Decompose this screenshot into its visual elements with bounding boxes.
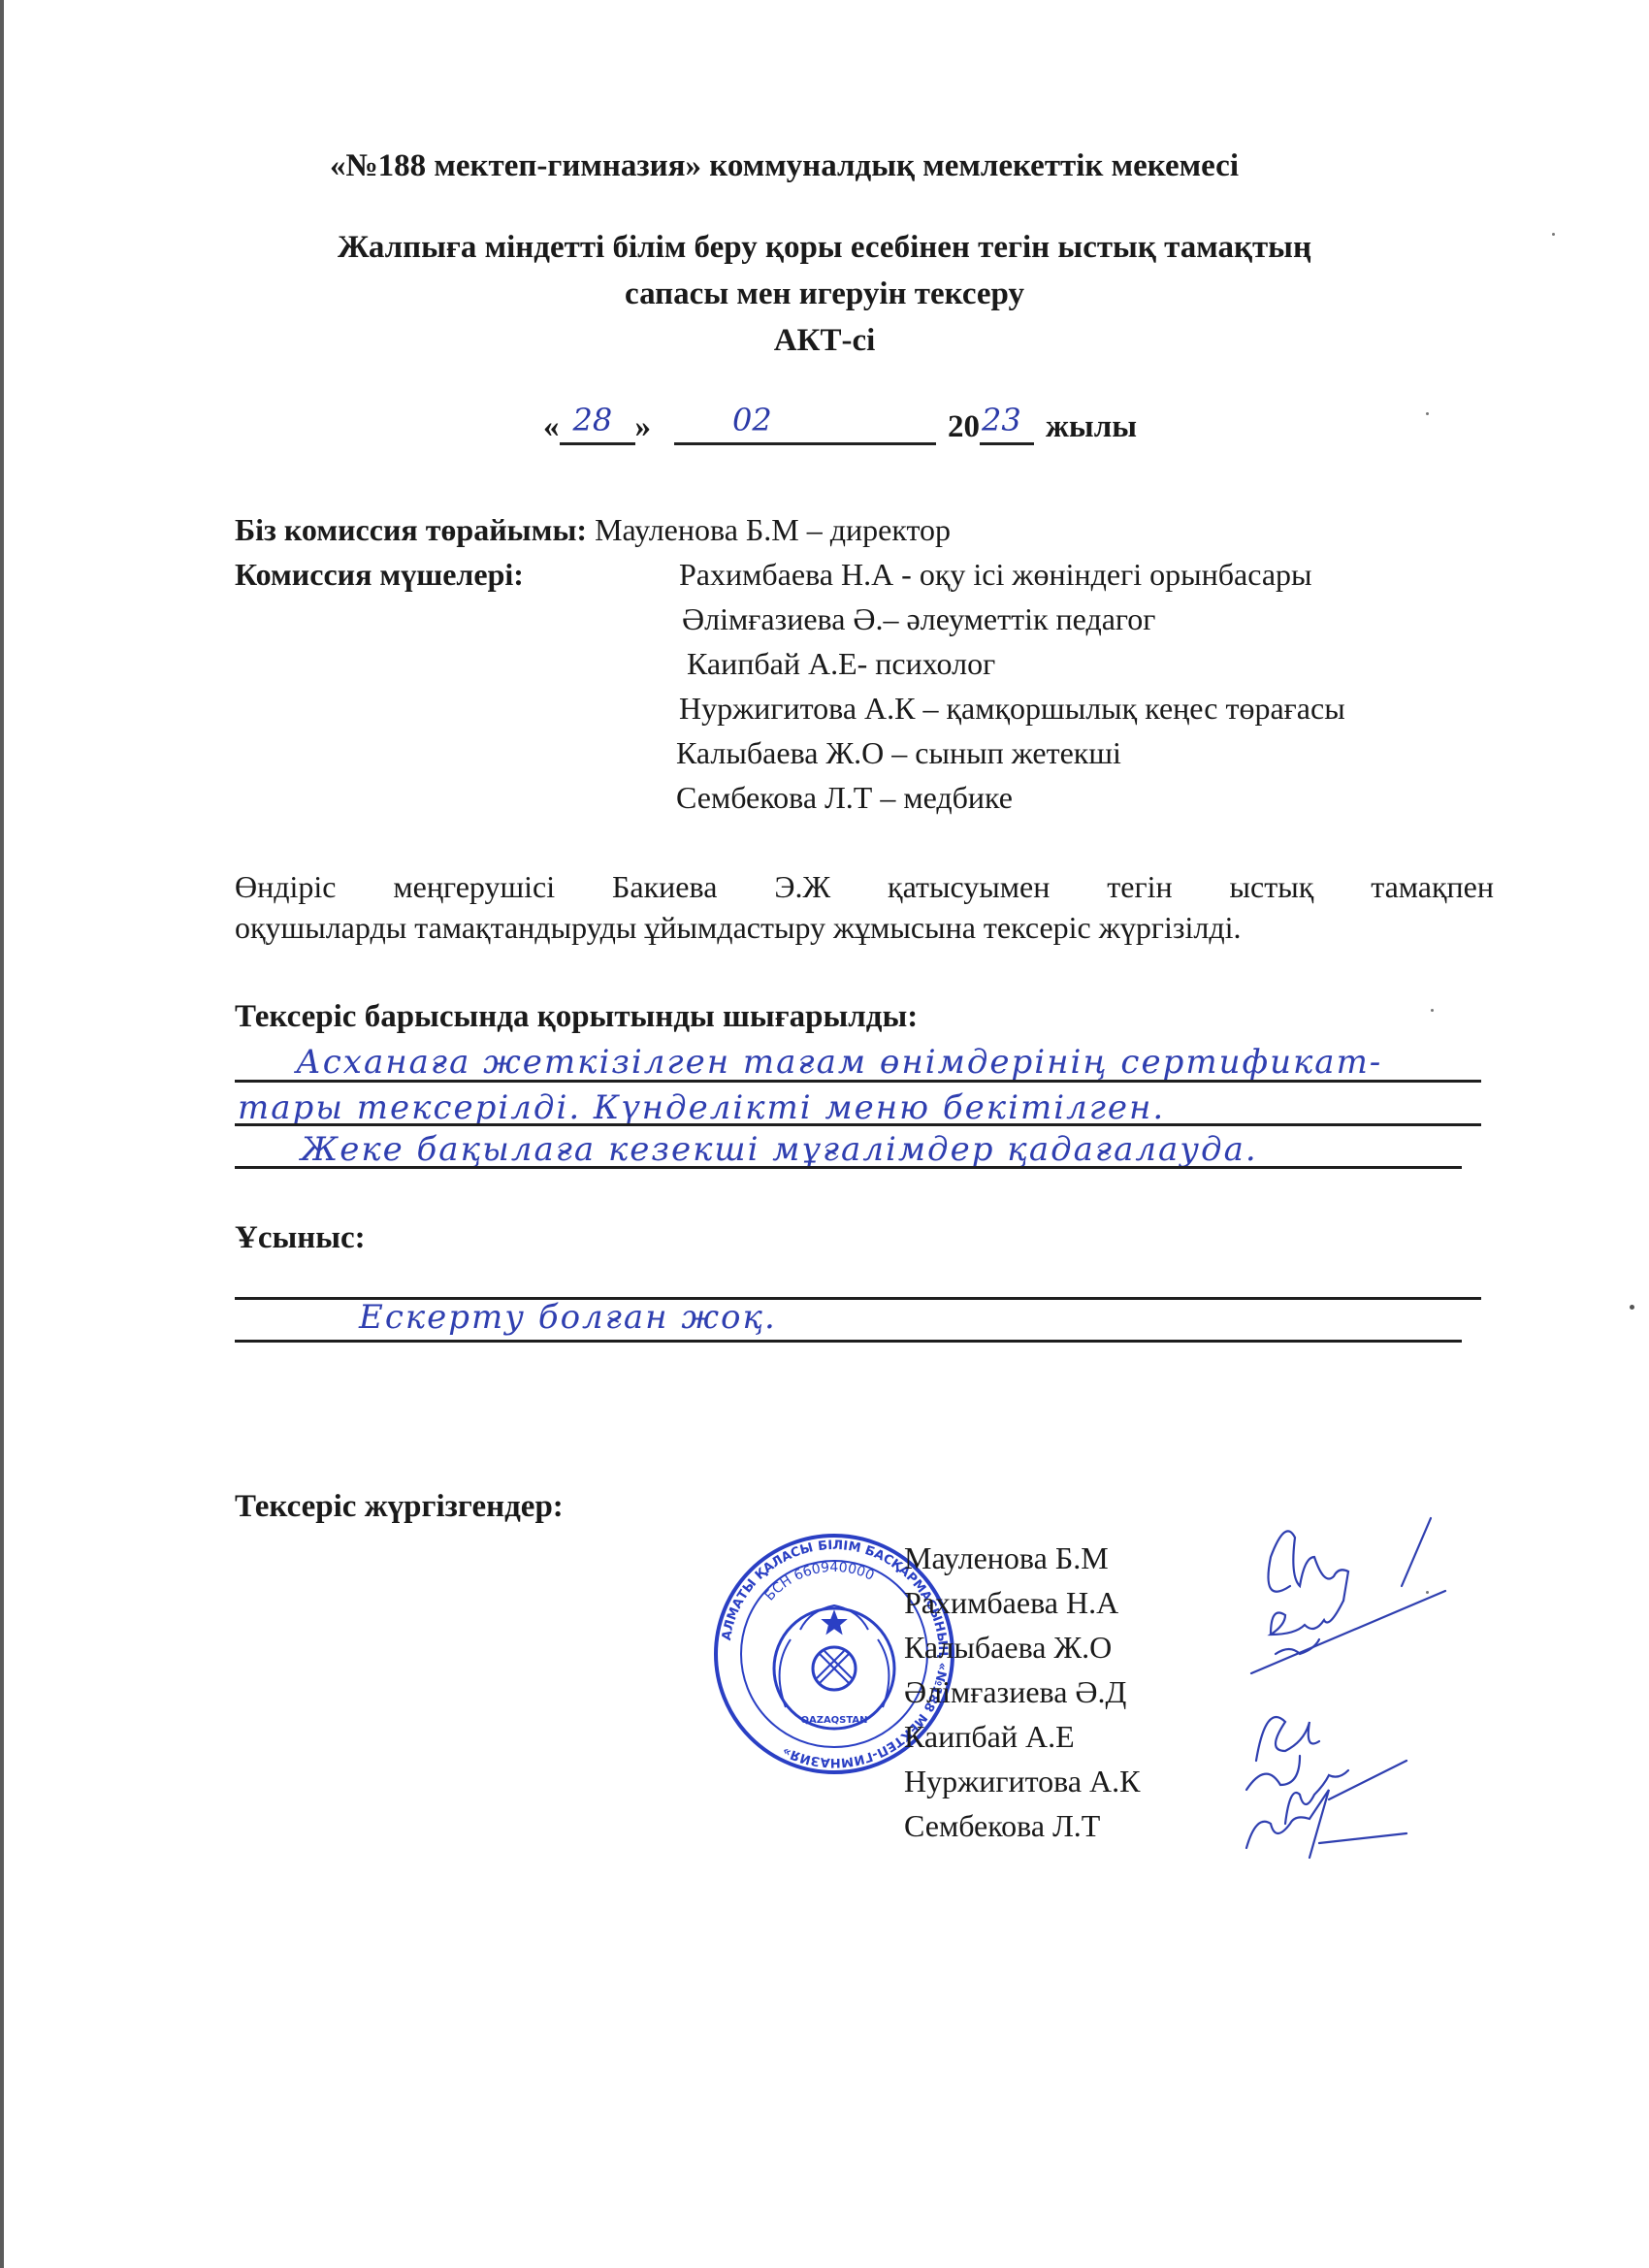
act-subtitle-line2: сапасы мен игеруін тексеру [0, 276, 1649, 312]
year-value: 23 [982, 402, 1021, 438]
conclusion-handwritten-line: тары тексерілді. Күнделікті меню бекітіл… [238, 1088, 1165, 1127]
day-value: 28 [573, 402, 613, 438]
intro-line2: оқушыларды тамақтандыруды ұйымдастыру жұ… [235, 910, 1242, 946]
scan-speck [1426, 1591, 1429, 1594]
intro-line1: Өндіріс меңгерушісі Бакиева Э.Ж қатысуым… [235, 863, 1494, 910]
inspector-name: Калыбаева Ж.О [904, 1630, 1112, 1666]
member-item: Әлімғазиева Ә.– әлеуметтік педагог [682, 601, 1155, 637]
member-item: Сембекова Л.Т – медбике [676, 780, 1013, 816]
date-row: « 28 » 02 20 23 жылы [543, 405, 1137, 445]
document-type: АКТ-сі [0, 323, 1649, 359]
inspector-name: Каипбай А.Е [904, 1719, 1075, 1755]
year-prefix: 20 [948, 409, 980, 445]
chair-value: Мауленова Б.М – директор [595, 512, 951, 547]
inspector-name: Рахимбаева Н.А [904, 1585, 1118, 1621]
members-label: Комиссия мүшелері: [235, 557, 524, 593]
svg-text:QAZAQSTAN: QAZAQSTAN [800, 1715, 867, 1726]
close-quote: » [635, 409, 652, 445]
underline [235, 1080, 1481, 1083]
member-item: Калыбаева Ж.О – сынып жетекші [676, 735, 1121, 771]
member-item: Рахимбаева Н.А - оқу ісі жөніндегі орынб… [679, 557, 1312, 593]
day-field: 28 [560, 405, 635, 445]
handwritten-signatures [1232, 1508, 1455, 1867]
scan-speck [1426, 412, 1429, 415]
conclusion-heading: Тексеріс барысында қорытынды шығарылды: [235, 999, 918, 1035]
inspector-name: Нуржигитова А.К [904, 1764, 1141, 1799]
recommendation-heading: Ұсыныс: [235, 1220, 366, 1256]
underline [235, 1340, 1462, 1343]
scan-speck [1431, 1009, 1434, 1012]
emblem-icon [774, 1605, 894, 1729]
inspector-name: Мауленова Б.М [904, 1540, 1109, 1576]
school-name: «№188 мектеп-гимназия» коммуналдық мемле… [330, 148, 1239, 184]
recommendation-handwritten-line: Ескерту болған жоқ. [359, 1298, 777, 1337]
month-value: 02 [732, 402, 772, 438]
month-field: 02 [674, 405, 936, 445]
act-subtitle-line1: Жалпыға міндетті білім беру қоры есебіне… [0, 230, 1649, 266]
underline [235, 1166, 1462, 1169]
open-quote: « [543, 409, 560, 445]
inspector-name: Сембекова Л.Т [904, 1808, 1100, 1844]
inspector-name: Әлімғазиева Ә.Д [904, 1674, 1126, 1710]
scan-speck [1552, 233, 1555, 236]
conclusion-handwritten-line: Асханаға жеткізілген тағам өнімдерінің с… [296, 1043, 1382, 1082]
chair-label: Біз комиссия төрайымы: [235, 512, 587, 547]
inspectors-heading: Тексеріс жүргізгендер: [235, 1489, 564, 1525]
member-item: Нуржигитова А.К – қамқоршылық кеңес төра… [679, 691, 1345, 727]
commission-chair: Біз комиссия төрайымы: Мауленова Б.М – д… [235, 512, 951, 548]
year-word: жылы [1046, 409, 1137, 445]
conclusion-handwritten-line: Жеке бақылаға кезекші мұғалімдер қадағал… [301, 1130, 1258, 1169]
member-item: Каипбай А.Е- психолог [687, 646, 995, 682]
underline [235, 1123, 1481, 1126]
year-field: 23 [980, 405, 1034, 445]
scan-speck [1630, 1305, 1634, 1310]
